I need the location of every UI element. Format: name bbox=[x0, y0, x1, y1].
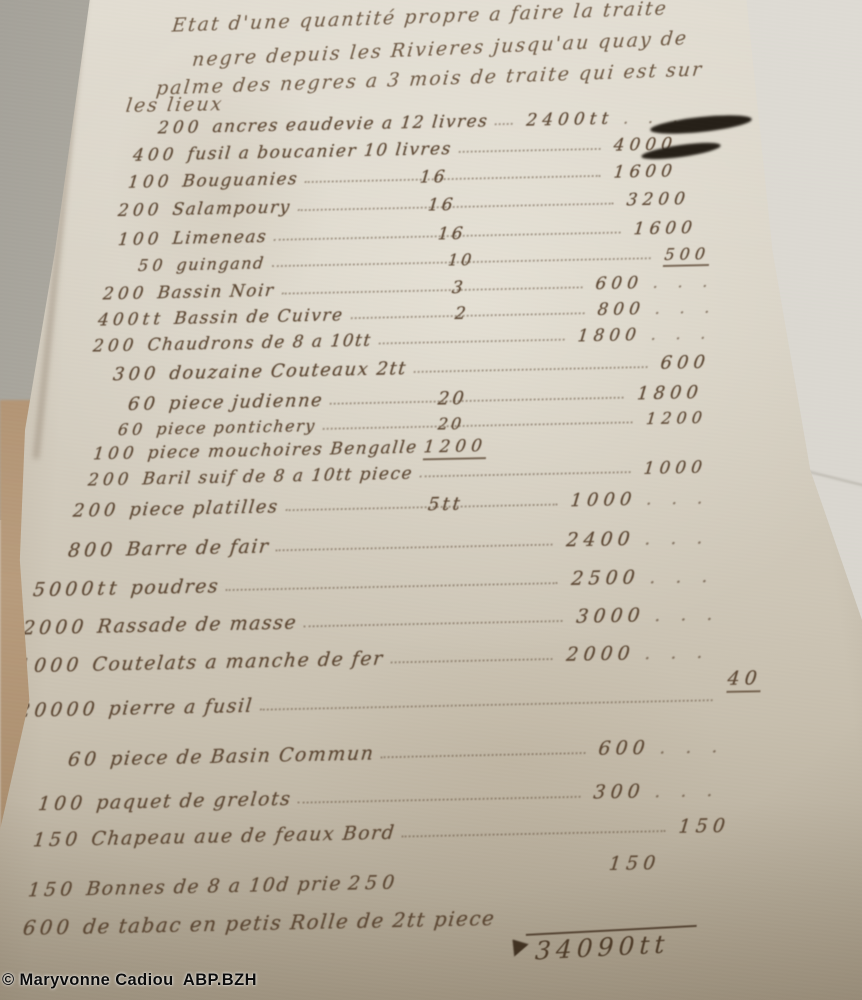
row-desc: Bassin de Cuivre bbox=[173, 305, 344, 329]
trailing-dots: . . . bbox=[652, 272, 716, 293]
row-amount: 3000 bbox=[575, 604, 646, 627]
row-unit-price: 20 bbox=[437, 414, 465, 434]
row-qty: 20000 bbox=[17, 698, 100, 722]
row-amount: 3200 bbox=[626, 189, 691, 210]
row-desc: douzaine Couteaux 2tt bbox=[168, 358, 408, 384]
row-desc: piece mouchoires Bengalle bbox=[147, 438, 419, 464]
manifest-row: 400fusil a boucanier 10 livres4000 bbox=[132, 134, 678, 165]
row-amount: 800 bbox=[596, 299, 645, 320]
watermark-credit: © Maryvonne Cadiou ABP.BZH bbox=[2, 971, 257, 990]
row-desc: Coutelats a manche de fer bbox=[91, 648, 385, 676]
row-qty: 100 bbox=[92, 443, 138, 464]
leader-dots bbox=[378, 327, 565, 345]
row-qty: 50 bbox=[137, 255, 167, 275]
row-qty: 60 bbox=[67, 748, 101, 771]
manifest-row: 100paquet de grelots300. . . bbox=[37, 779, 721, 815]
leader-dots bbox=[390, 644, 554, 663]
row-qty: 300 bbox=[112, 363, 160, 385]
row-qty: 100 bbox=[37, 792, 87, 815]
row-amount: 2500 bbox=[570, 566, 641, 589]
manifest-row: 300douzaine Couteaux 2tt600 bbox=[112, 352, 711, 386]
row-desc: piece platilles bbox=[128, 496, 279, 520]
row-unit-price: 20 bbox=[437, 388, 468, 410]
trailing-dots: . . . bbox=[644, 526, 711, 549]
leader-dots bbox=[458, 136, 601, 153]
row-amount: 600 bbox=[594, 273, 643, 294]
manifest-row: 200ancres eaudevie a 12 livres2400tt. . … bbox=[157, 108, 666, 139]
row-desc: fusil a boucanier 10 livres bbox=[186, 139, 452, 165]
row-desc: Bouguanies bbox=[181, 169, 299, 191]
row-amount: 40 bbox=[726, 667, 763, 693]
row-desc: Baril suif de 8 a 10tt piece bbox=[141, 464, 414, 490]
row-amount: 500 bbox=[663, 244, 711, 267]
row-qty: 200 bbox=[117, 200, 163, 221]
row-qty: 800 bbox=[67, 539, 117, 562]
row-amount: 2400 bbox=[565, 528, 636, 551]
row-amount: 1600 bbox=[613, 161, 678, 182]
row-qty: 100 bbox=[117, 229, 163, 250]
row-unit-price: 16 bbox=[427, 195, 457, 216]
row-unit-price: 3 bbox=[451, 278, 467, 298]
leader-dots bbox=[276, 530, 554, 552]
row-qty: 150 bbox=[32, 828, 82, 851]
row-qty: 150 bbox=[27, 878, 77, 901]
row-amount: 2000 bbox=[565, 642, 636, 665]
row-desc: Chaudrons de 8 a 10tt bbox=[146, 331, 372, 356]
leader-dots bbox=[495, 111, 514, 126]
row-amount: 1600 bbox=[633, 218, 698, 239]
leader-dots bbox=[322, 409, 634, 429]
trailing-dots: . . . bbox=[644, 641, 711, 664]
row-qty: 60 bbox=[117, 420, 147, 440]
manifest-row: 1000Coutelats a manche de fer2000. . . bbox=[17, 641, 711, 678]
row-unit-price: 10 bbox=[447, 250, 475, 270]
row-qty: 200 bbox=[92, 336, 138, 357]
row-amount: 1800 bbox=[577, 325, 642, 346]
row-amount: 1200 bbox=[422, 436, 488, 460]
row-desc: piece pontichery bbox=[155, 416, 316, 438]
row-qty: 200 bbox=[72, 500, 120, 522]
row-qty: 100 bbox=[127, 172, 173, 193]
row-desc: pierre a fusil bbox=[108, 695, 255, 720]
row-amount: 600 bbox=[660, 352, 711, 374]
row-unit-price: 5tt bbox=[427, 493, 464, 515]
row-desc: de tabac en petis Rolle de 2tt piece bbox=[82, 906, 497, 939]
row-desc: piece judienne bbox=[168, 390, 324, 414]
row-desc: ancres eaudevie a 12 livres bbox=[211, 111, 489, 137]
manuscript-page: Etat d'une quantité propre a faire la tr… bbox=[0, 0, 862, 1000]
manifest-row: 800Barre de fair2400. . . bbox=[67, 526, 711, 561]
trailing-dots: . . . bbox=[654, 297, 718, 318]
row-qty: 200 bbox=[157, 117, 203, 138]
row-desc: Limeneas bbox=[171, 227, 268, 249]
manifest-row: 60piece de Basin Commun600. . . bbox=[67, 735, 726, 771]
leader-dots bbox=[226, 568, 560, 591]
row-amount: 1200 bbox=[645, 408, 708, 428]
row-unit-price: 16 bbox=[437, 224, 467, 245]
manifest-row: 200piece platilles5tt1000. . . bbox=[72, 487, 711, 521]
row-desc: poudres bbox=[130, 575, 221, 599]
row-qty: 400 bbox=[132, 145, 178, 166]
manifest-row: 5000ttpoudres2500. . . bbox=[32, 565, 716, 601]
row-qty: 2000 bbox=[22, 616, 89, 639]
total-amount: 34090tt bbox=[524, 925, 696, 966]
row-desc: Barre de fair bbox=[125, 535, 270, 560]
trailing-dots: . . . bbox=[654, 779, 721, 802]
row-unit-price: 2 bbox=[454, 304, 470, 324]
leader-dots bbox=[281, 274, 583, 295]
row-amount: 600 bbox=[597, 737, 650, 760]
heading-line: les lieux bbox=[125, 93, 225, 117]
leader-dots bbox=[298, 782, 582, 804]
manifest-row: 150Chapeau aue de feaux Bord150 bbox=[32, 815, 731, 852]
manifest-row: 150Bonnes de 8 a 10d prie250 bbox=[27, 865, 726, 902]
leader-dots bbox=[414, 353, 649, 373]
leader-dots bbox=[381, 738, 587, 758]
row-amount: 150 bbox=[678, 815, 731, 838]
row-desc: Salampoury bbox=[171, 197, 291, 220]
leader-dots bbox=[305, 163, 602, 183]
row-desc: Bassin Noir bbox=[156, 281, 275, 303]
row-amount: 300 bbox=[592, 780, 645, 803]
trailing-dots: . . . bbox=[654, 603, 721, 626]
trailing-dots: . . . bbox=[650, 323, 714, 344]
trailing-dots: . . . bbox=[649, 565, 716, 588]
row-desc: Bonnes de 8 a 10d prie bbox=[85, 873, 343, 900]
row-desc: Chapeau aue de feaux Bord bbox=[90, 822, 396, 850]
trailing-dots: . . . bbox=[645, 487, 711, 509]
manifest-row: 2000Rassade de masse3000. . . bbox=[22, 603, 721, 640]
row-qty: 600 bbox=[22, 915, 75, 940]
row-qty: 200 bbox=[87, 470, 133, 491]
manifest-row: 200Salampoury163200 bbox=[117, 189, 691, 221]
total-row: 34090tt bbox=[504, 925, 696, 967]
row-amount: 2400tt bbox=[525, 109, 614, 131]
manifest-row: 100Bouguanies161600 bbox=[127, 161, 678, 193]
leader-dots bbox=[420, 459, 632, 478]
row-unit-price: 16 bbox=[419, 167, 449, 188]
photo-of-manuscript: Etat d'une quantité propre a faire la tr… bbox=[0, 0, 862, 1000]
leader-dots bbox=[260, 685, 714, 710]
handwriting-layer: Etat d'une quantité propre a faire la tr… bbox=[0, 0, 862, 1000]
row-amount: 250 bbox=[347, 871, 400, 894]
row-qty: 5000tt bbox=[32, 577, 122, 601]
row-amount: 1000 bbox=[569, 489, 637, 511]
row-amount: 1800 bbox=[636, 382, 704, 404]
row-qty: 60 bbox=[127, 393, 160, 415]
row-amount: 1000 bbox=[643, 457, 708, 478]
row-desc: paquet de grelots bbox=[95, 788, 292, 814]
row-desc: guingand bbox=[176, 253, 266, 274]
leader-dots bbox=[402, 816, 667, 837]
leader-dots bbox=[330, 384, 625, 405]
row-desc: piece de Basin Commun bbox=[109, 742, 375, 770]
row-desc: Rassade de masse bbox=[96, 612, 298, 638]
row-qty: 200 bbox=[102, 283, 148, 304]
manifest-row: 20000pierre a fusil40 bbox=[17, 684, 761, 725]
manifest-row: 600de tabac en petis Rolle de 2tt piece bbox=[22, 904, 584, 940]
leader-dots bbox=[304, 606, 565, 627]
row-qty: 400tt bbox=[97, 309, 165, 330]
leader-dots bbox=[285, 490, 558, 511]
trailing-dots: . . . bbox=[659, 735, 726, 758]
